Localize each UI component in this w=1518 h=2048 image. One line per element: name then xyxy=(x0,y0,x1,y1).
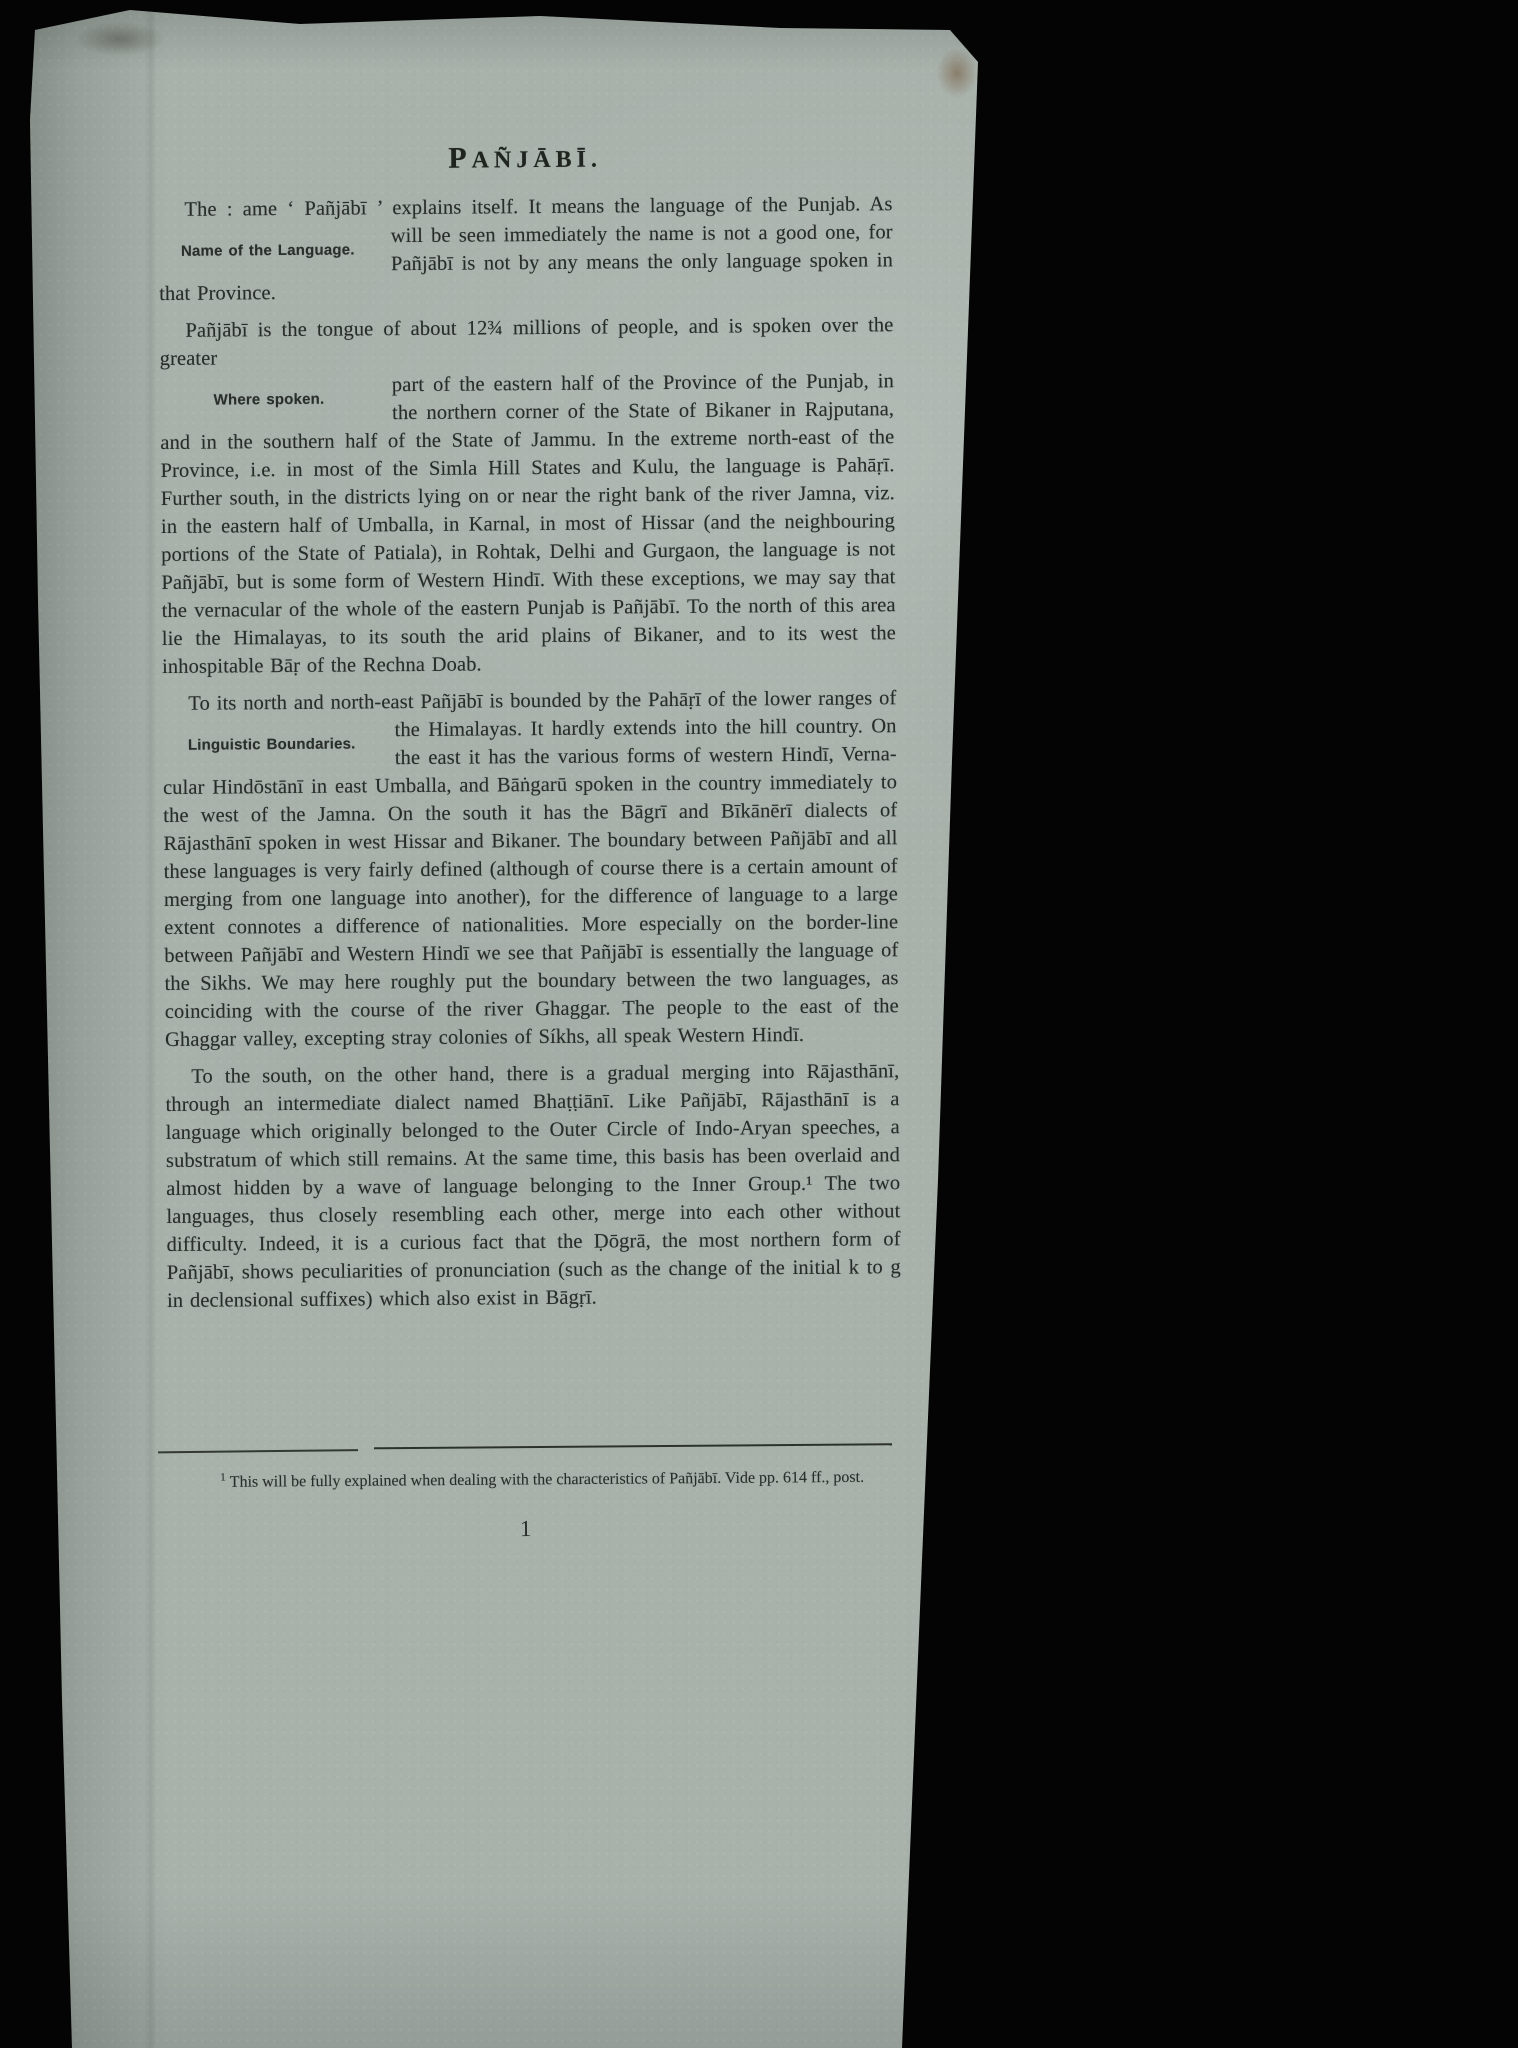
paragraph-where-spoken: Pañjābī is the tongue of about 12¾ milli… xyxy=(159,311,896,681)
torn-edge-accent-top-right xyxy=(928,38,986,108)
footnote-area: 1This will be fully explained when deali… xyxy=(158,1442,893,1545)
paragraph-linguistic-boundaries: To its north and north-east Pañjābī is b… xyxy=(162,684,899,1054)
footnote-rule-segment-right xyxy=(374,1443,892,1450)
footnote-rule-segment-left xyxy=(158,1449,358,1453)
paragraph-continuation: that Province. xyxy=(159,274,893,308)
side-note-name-of-language: Name of the Language. xyxy=(159,241,391,261)
paragraph-cut-in-text: will be seen immediately the name is not… xyxy=(391,218,893,278)
paragraph-southern-merging: To the south, on the other hand, there i… xyxy=(165,1057,901,1315)
paragraph-continuation: cular Hindōstānī in east Umballa, and Bā… xyxy=(163,768,899,1054)
footnote-marker: 1 xyxy=(220,1471,226,1483)
paragraph-continuation: and in the southern half of the State of… xyxy=(160,423,896,681)
page-fold-shadow xyxy=(144,0,156,2048)
footnote-rule xyxy=(158,1442,892,1452)
book-page: PAÑJĀBĪ. The : ame ‘ Pañjābī ’ explains … xyxy=(0,0,1518,2048)
paragraph-name-of-language: The : ame ‘ Pañjābī ’ explains itself. I… xyxy=(158,190,893,308)
paragraph-text: To the south, on the other hand, there i… xyxy=(165,1057,901,1315)
side-note-linguistic-boundaries: Linguistic Boundaries. xyxy=(163,735,395,755)
cut-in-row: Where spoken. part of the eastern half o… xyxy=(160,367,894,429)
side-note-where-spoken: Where spoken. xyxy=(160,390,392,410)
cut-in-row: Name of the Language. will be seen immed… xyxy=(159,218,893,280)
paragraph-first-line: Pañjābī is the tongue of about 12¾ milli… xyxy=(159,311,893,373)
cut-in-row: Linguistic Boundaries. the Himalayas. It… xyxy=(162,712,896,774)
page-number: 1 xyxy=(159,1514,893,1546)
footnote-text: This will be fully explained when dealin… xyxy=(230,1469,864,1491)
torn-edge-accent-top-left xyxy=(60,16,180,62)
page-title: PAÑJĀBĪ. xyxy=(158,140,892,178)
photo-background: PAÑJĀBĪ. The : ame ‘ Pañjābī ’ explains … xyxy=(0,0,1518,2048)
paragraph-cut-in-text: the Himalayas. It hardly extends into th… xyxy=(394,712,896,772)
footnote: 1This will be fully explained when deali… xyxy=(158,1462,892,1493)
paragraph-cut-in-text: part of the eastern half of the Province… xyxy=(392,367,894,427)
page-content: PAÑJĀBĪ. The : ame ‘ Pañjābī ’ explains … xyxy=(158,140,901,1324)
